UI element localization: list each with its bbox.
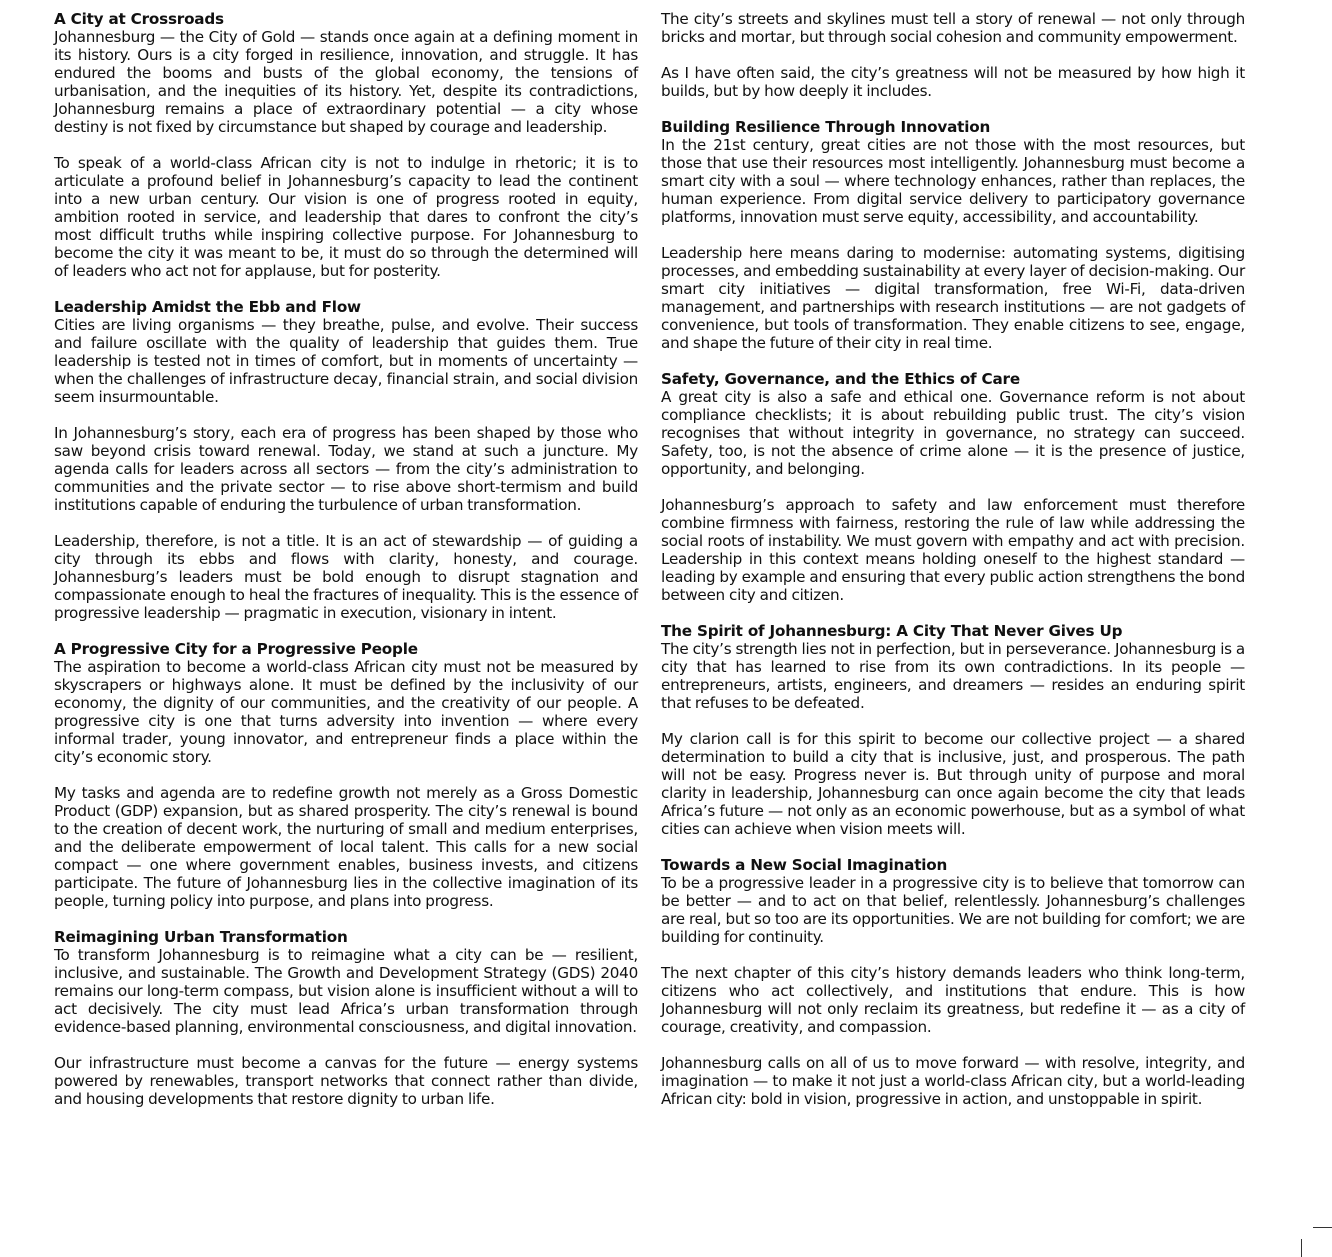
section-heading: Safety, Governance, and the Ethics of Ca… — [661, 370, 1245, 388]
section-heading: Reimagining Urban Transformation — [54, 928, 638, 946]
section-reimagining-urban-transformation: Reimagining Urban Transformation To tran… — [54, 928, 638, 1108]
paragraph: Leadership here means daring to modernis… — [661, 244, 1245, 352]
paragraph: Johannesburg calls on all of us to move … — [661, 1054, 1245, 1108]
section-safety-governance: Safety, Governance, and the Ethics of Ca… — [661, 370, 1245, 604]
paragraph: As I have often said, the city’s greatne… — [661, 64, 1245, 100]
right-column: The city’s streets and skylines must tel… — [661, 10, 1245, 1126]
paragraph: Leadership, therefore, is not a title. I… — [54, 532, 638, 622]
section-resilience-innovation: Building Resilience Through Innovation I… — [661, 118, 1245, 352]
paragraph: The city’s strength lies not in perfecti… — [661, 640, 1245, 712]
paragraph: In the 21st century, great cities are no… — [661, 136, 1245, 226]
section-city-at-crossroads: A City at Crossroads Johannesburg — the … — [54, 10, 638, 280]
paragraph: Our infrastructure must become a canvas … — [54, 1054, 638, 1108]
paragraph: Johannesburg — the City of Gold — stands… — [54, 28, 638, 136]
document-page: A City at Crossroads Johannesburg — the … — [0, 0, 1332, 1257]
section-spirit-of-johannesburg: The Spirit of Johannesburg: A City That … — [661, 622, 1245, 838]
crop-mark-vertical — [1301, 1239, 1302, 1257]
section-heading: Towards a New Social Imagination — [661, 856, 1245, 874]
section-heading: Leadership Amidst the Ebb and Flow — [54, 298, 638, 316]
paragraph: To speak of a world-class African city i… — [54, 154, 638, 280]
section-progressive-city: A Progressive City for a Progressive Peo… — [54, 640, 638, 910]
paragraph: My tasks and agenda are to redefine grow… — [54, 784, 638, 910]
paragraph: The next chapter of this city’s history … — [661, 964, 1245, 1036]
section-heading: A City at Crossroads — [54, 10, 638, 28]
left-column: A City at Crossroads Johannesburg — the … — [54, 10, 638, 1126]
section-leadership-ebb-flow: Leadership Amidst the Ebb and Flow Citie… — [54, 298, 638, 622]
paragraph: Johannesburg’s approach to safety and la… — [661, 496, 1245, 604]
section-new-social-imagination: Towards a New Social Imagination To be a… — [661, 856, 1245, 1108]
paragraph: To transform Johannesburg is to reimagin… — [54, 946, 638, 1036]
section-heading: The Spirit of Johannesburg: A City That … — [661, 622, 1245, 640]
section-continuation: The city’s streets and skylines must tel… — [661, 10, 1245, 100]
section-heading: A Progressive City for a Progressive Peo… — [54, 640, 638, 658]
section-heading: Building Resilience Through Innovation — [661, 118, 1245, 136]
paragraph: The aspiration to become a world-class A… — [54, 658, 638, 766]
paragraph: In Johannesburg’s story, each era of pro… — [54, 424, 638, 514]
paragraph: The city’s streets and skylines must tel… — [661, 10, 1245, 46]
paragraph: Cities are living organisms — they breat… — [54, 316, 638, 406]
paragraph: To be a progressive leader in a progress… — [661, 874, 1245, 946]
crop-mark-horizontal — [1313, 1227, 1332, 1228]
paragraph: A great city is also a safe and ethical … — [661, 388, 1245, 478]
paragraph: My clarion call is for this spirit to be… — [661, 730, 1245, 838]
